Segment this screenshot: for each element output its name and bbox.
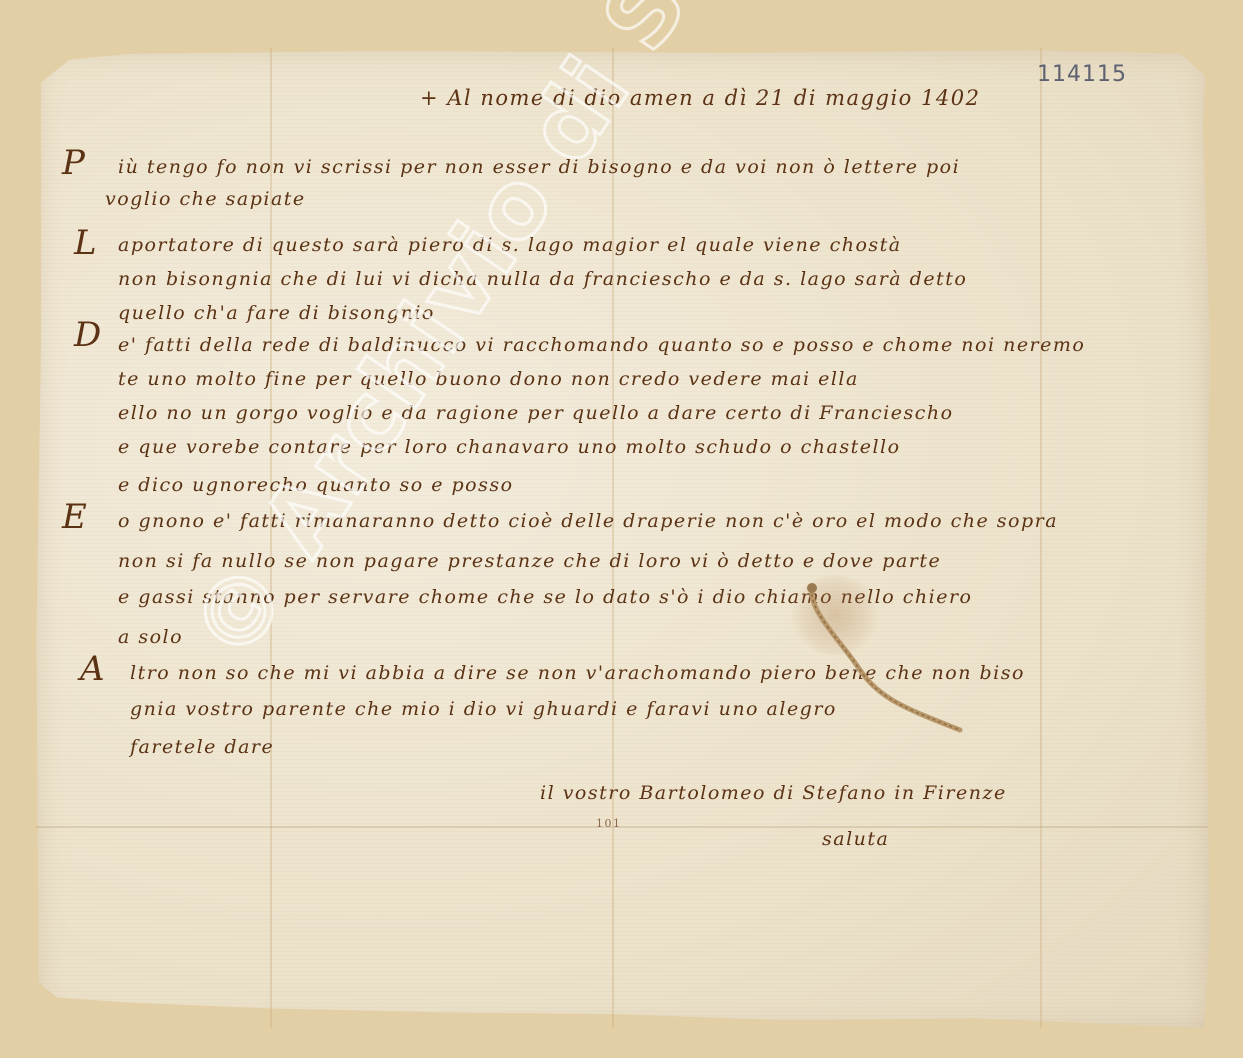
paragraph-initial: P — [62, 146, 85, 180]
manuscript-line: voglio che sapiate — [105, 190, 306, 209]
manuscript-line: gnia vostro parente che mio i dio vi ghu… — [130, 700, 837, 719]
signature-line: il vostro Bartolomeo di Stefano in Firen… — [540, 784, 1007, 803]
archive-number: 114115 — [1037, 62, 1127, 87]
manuscript-line: a solo — [118, 628, 183, 647]
paragraph-initial: L — [74, 226, 97, 260]
letter-heading: + Al nome di dio amen a dì 21 di maggio … — [420, 88, 980, 109]
paragraph-initial: D — [74, 318, 101, 352]
manuscript-line: e' fatti della rede di baldinucco vi rac… — [118, 336, 1085, 355]
manuscript-line: faretele dare — [130, 738, 274, 757]
manuscript-line: non bisongnia che di lui vi dicha nulla … — [118, 270, 967, 289]
binding-string-icon — [800, 580, 980, 750]
paper-fold-vertical — [612, 48, 614, 1028]
manuscript-line: e que vorebe contare per loro chanavaro … — [118, 438, 901, 457]
manuscript-line: te uno molto fine per quello buono dono … — [118, 370, 859, 389]
paragraph-initial: E — [62, 500, 87, 534]
salutation: saluta — [822, 830, 889, 849]
manuscript-line: ello no un gorgo voglio e da ragione per… — [118, 404, 954, 423]
paper-fold-horizontal — [36, 826, 1208, 828]
faint-pencil-mark: 101 — [596, 818, 622, 829]
paragraph-initial: A — [80, 652, 105, 686]
paper-fold-vertical — [1040, 48, 1042, 1028]
